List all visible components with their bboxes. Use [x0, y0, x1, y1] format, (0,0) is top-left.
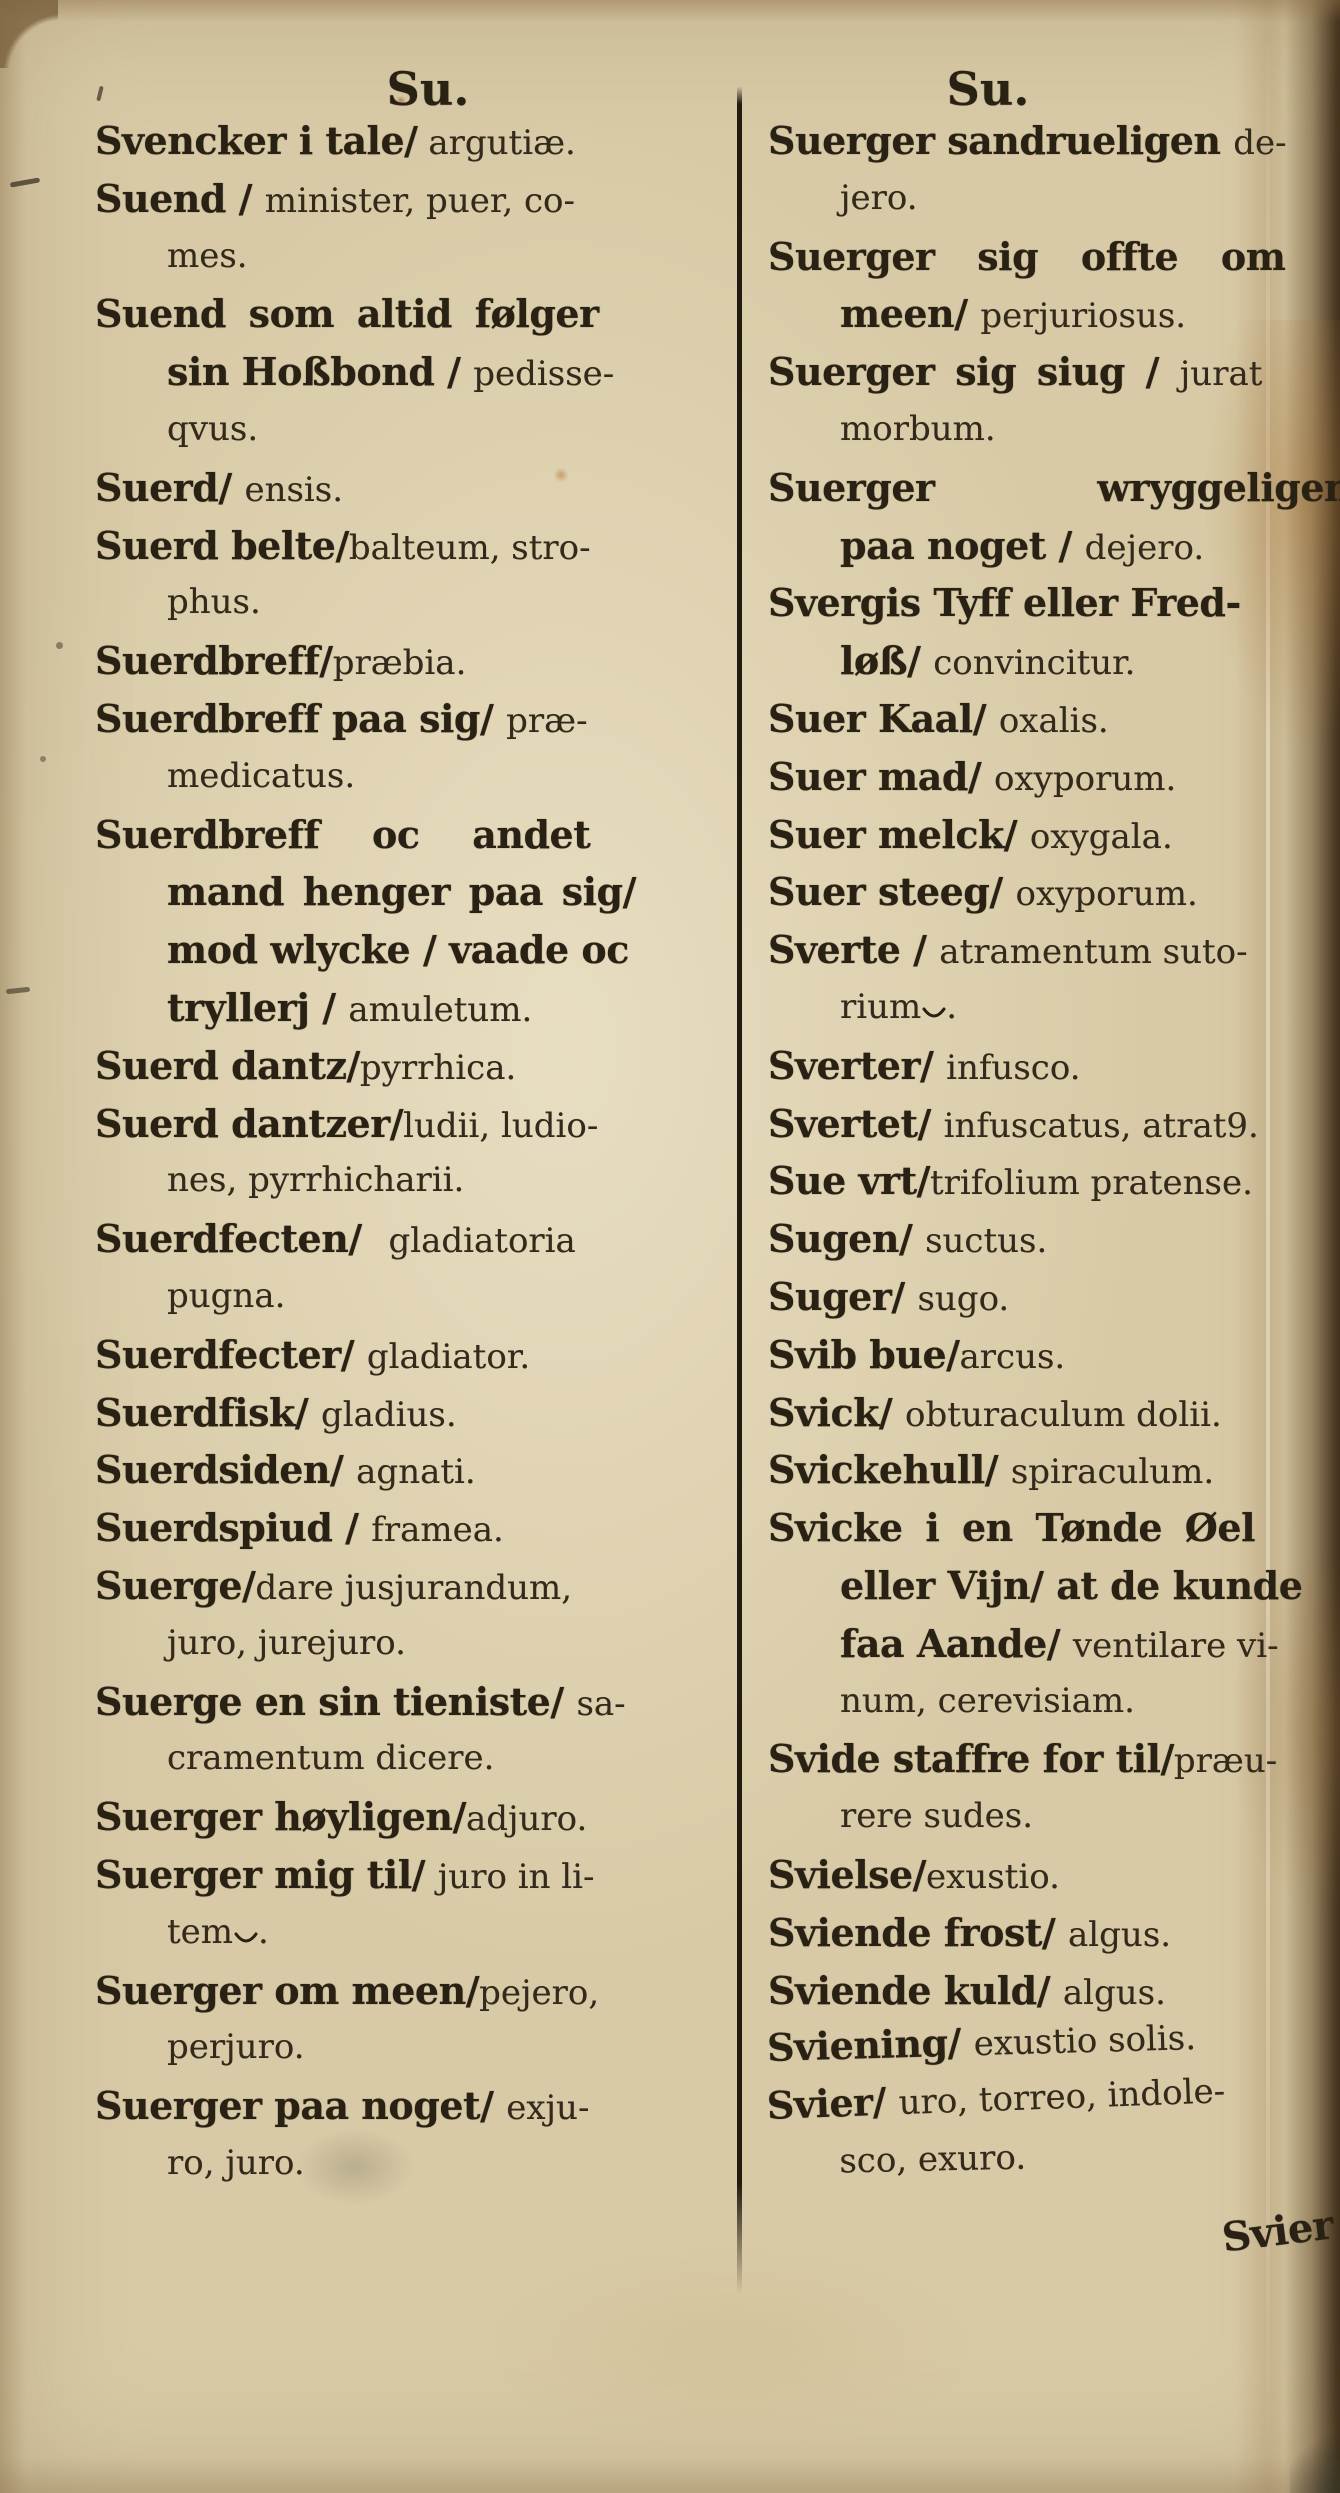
latin-gloss: jero.: [840, 178, 918, 218]
danish-term: Sugen/: [768, 1216, 925, 1261]
stain: [470, 2240, 990, 2450]
swash-flourish: [922, 1007, 946, 1021]
latin-gloss: perjuro.: [167, 2027, 305, 2067]
dictionary-line: Suerd belte/balteum, stro-: [95, 517, 670, 575]
danish-term: Suer steeg/: [768, 869, 1015, 914]
dictionary-line: cramentum dicere.: [95, 1730, 670, 1788]
dictionary-line: Svergis Tyff eller Fred-: [768, 574, 1340, 632]
dictionary-line: jero.: [768, 170, 1340, 228]
danish-term: Svickehull/: [768, 1447, 1011, 1492]
danish-term: Suerger wryggeligen: [768, 465, 1340, 510]
danish-term: Suerdfecten/: [95, 1216, 388, 1261]
dictionary-line: Suerd dantzer/ludii, ludio-: [95, 1095, 670, 1153]
latin-gloss: rium: [840, 987, 921, 1027]
dictionary-line: Sugen/ suctus.: [768, 1210, 1340, 1268]
dictionary-line: Suer steeg/ oxyporum.: [768, 863, 1340, 921]
danish-term: Suerger sig offte om: [768, 234, 1285, 279]
dictionary-line: medicatus.: [95, 748, 670, 806]
danish-term: Svencker i tale/: [95, 118, 418, 163]
dictionary-line: Suerger mig til/ juro in li-: [95, 1846, 670, 1904]
latin-gloss: pejero,: [479, 1973, 599, 2013]
dictionary-line: qvus.: [95, 401, 670, 459]
latin-gloss: pedisse-: [473, 354, 614, 394]
dictionary-line: Suerdsiden/ agnati.: [95, 1441, 670, 1499]
latin-gloss: .: [258, 1912, 269, 1952]
dictionary-line: Sverte / atramentum suto-: [768, 921, 1340, 979]
latin-gloss: uro, torreo, indole-: [898, 2071, 1226, 2123]
latin-gloss: medicatus.: [167, 756, 355, 796]
danish-term: Suerd dantz/: [95, 1043, 360, 1088]
danish-term: Sviening/: [767, 2020, 975, 2071]
dictionary-line: Suerger paa noget/ exju-: [95, 2077, 670, 2135]
danish-term: Sverter/: [768, 1043, 946, 1088]
danish-term: paa noget /: [840, 523, 1085, 568]
latin-gloss: algus.: [1063, 1973, 1166, 2013]
dictionary-line: morbum.: [768, 401, 1340, 459]
dictionary-line: Svertet/ infuscatus, atrat9.: [768, 1095, 1340, 1153]
latin-gloss: tem: [167, 1912, 233, 1952]
danish-term: Suerge en sin tieniste/: [95, 1679, 576, 1724]
latin-gloss: suctus.: [925, 1221, 1047, 1261]
dictionary-line: Suerdbreff paa sig/ præ-: [95, 690, 670, 748]
dictionary-line: Suer mad/ oxyporum.: [768, 748, 1340, 806]
danish-term: Suerdsiden/: [95, 1447, 356, 1492]
dictionary-line: Suerdbreff/præbia.: [95, 632, 670, 690]
danish-term: Svide staffre for til/: [768, 1736, 1174, 1781]
danish-term: Suerger om meen/: [95, 1968, 479, 2013]
danish-term: Sue vrt/: [768, 1158, 930, 1203]
danish-term: Sverte /: [768, 927, 939, 972]
dictionary-line: meen/ perjuriosus.: [768, 285, 1340, 343]
ink-mark: [6, 987, 30, 994]
latin-gloss: framea.: [371, 1510, 504, 1550]
dictionary-line: tem.: [95, 1904, 670, 1962]
latin-gloss: qvus.: [167, 409, 258, 449]
danish-term: Suerdbreff oc andet: [95, 812, 590, 857]
latin-gloss: sa-: [576, 1684, 625, 1724]
dictionary-line: mod wlycke / vaade oc: [95, 921, 670, 979]
dictionary-line: eller Vijn/ at de kunde: [768, 1557, 1340, 1615]
latin-gloss: nes, pyrrhicharii.: [167, 1160, 464, 1200]
dictionary-line: perjuro.: [95, 2019, 670, 2077]
dictionary-line: Suerger sig siug / jurat: [768, 343, 1340, 401]
dictionary-line: mes.: [95, 228, 670, 286]
danish-term: Suerd dantzer/: [95, 1101, 403, 1146]
latin-gloss: oxalis.: [999, 701, 1109, 741]
latin-gloss: cramentum dicere.: [167, 1738, 494, 1778]
dictionary-line: Svielse/exustio.: [768, 1846, 1340, 1904]
dictionary-line: Svib bue/arcus.: [768, 1326, 1340, 1384]
danish-term: løß/: [840, 638, 933, 683]
latin-gloss: convincitur.: [933, 643, 1135, 683]
danish-term: Svielse/: [768, 1852, 926, 1897]
dictionary-line: Sverter/ infusco.: [768, 1037, 1340, 1095]
dictionary-line: Suend / minister, puer, co-: [95, 170, 670, 228]
book-page: Su. Su. Svencker i tale/ argutiæ.Suend /…: [0, 0, 1340, 2493]
dictionary-line: sco, exuro.: [767, 2123, 1340, 2193]
ink-mark: [10, 177, 40, 187]
danish-term: Suerdfecter/: [95, 1332, 367, 1377]
danish-term: Suerdbreff paa sig/: [95, 696, 506, 741]
swash-flourish: [234, 1932, 258, 1946]
latin-gloss: oxyporum.: [1015, 874, 1197, 914]
danish-term: Suerd belte/: [95, 523, 349, 568]
danish-term: eller Vijn/ at de kunde: [840, 1563, 1302, 1608]
danish-term: Suerdspiud /: [95, 1505, 371, 1550]
danish-term: Suerger mig til/: [95, 1852, 438, 1897]
latin-gloss: agnati.: [356, 1452, 476, 1492]
catchword: Svier: [1220, 2201, 1336, 2261]
latin-gloss: ludii, ludio-: [403, 1106, 598, 1146]
latin-gloss: exustio.: [926, 1857, 1060, 1897]
danish-term: Suerger paa noget/: [95, 2083, 506, 2128]
dictionary-line: phus.: [95, 574, 670, 632]
danish-term: Svicke i en Tønde Øel: [768, 1505, 1255, 1550]
latin-gloss: sco, exuro.: [839, 2137, 1026, 2181]
danish-term: Suerdfisk/: [95, 1390, 321, 1435]
danish-term: Suerger høyligen/: [95, 1794, 466, 1839]
dictionary-line: nes, pyrrhicharii.: [95, 1152, 670, 1210]
danish-term: mod wlycke / vaade oc: [167, 927, 629, 972]
latin-gloss: morbum.: [840, 409, 996, 449]
dictionary-line: Suerdbreff oc andet: [95, 806, 670, 864]
danish-term: tryllerj /: [167, 985, 348, 1030]
danish-term: Svib bue/: [768, 1332, 960, 1377]
latin-gloss: balteum, stro-: [349, 528, 591, 568]
dictionary-line: Suerger høyligen/adjuro.: [95, 1788, 670, 1846]
danish-term: Suerd/: [95, 465, 244, 510]
dictionary-line: Suer Kaal/ oxalis.: [768, 690, 1340, 748]
dictionary-line: num, cerevisiam.: [768, 1673, 1340, 1731]
dictionary-line: ro, juro.: [95, 2135, 670, 2193]
latin-gloss: amuletum.: [348, 990, 532, 1030]
danish-term: Sviende frost/: [768, 1910, 1068, 1955]
dictionary-column-left: Svencker i tale/ argutiæ.Suend / ministe…: [95, 112, 670, 2193]
latin-gloss: præ-: [506, 701, 587, 741]
latin-gloss: rere sudes.: [840, 1796, 1033, 1836]
latin-gloss: gladiator.: [367, 1337, 530, 1377]
latin-gloss: num, cerevisiam.: [840, 1681, 1135, 1721]
dictionary-line: sin Hoßbond / pedisse-: [95, 343, 670, 401]
latin-gloss: perjuriosus.: [980, 296, 1186, 336]
dictionary-line: Suerge/dare jusjurandum,: [95, 1557, 670, 1615]
dictionary-line: Suerger om meen/pejero,: [95, 1962, 670, 2020]
column-header-left: Su.: [348, 62, 508, 116]
danish-term: Suerger sandrueligen: [768, 118, 1233, 163]
danish-term: Svergis Tyff eller Fred-: [768, 580, 1241, 625]
dictionary-line: mand henger paa sig/: [95, 863, 670, 921]
latin-gloss: dejero.: [1085, 528, 1204, 568]
latin-gloss: dare jusjurandum,: [255, 1568, 572, 1608]
binding-shadow: [1290, 2420, 1340, 2493]
dictionary-line: Suerger sig offte om: [768, 228, 1340, 286]
latin-gloss: phus.: [167, 582, 261, 622]
latin-gloss: de-: [1233, 123, 1286, 163]
dictionary-line: Suerdfisk/ gladius.: [95, 1384, 670, 1442]
dictionary-column-right: Suerger sandrueligen de-jero.Suerger sig…: [768, 112, 1340, 2193]
ink-mark: [40, 756, 46, 762]
dictionary-line: Svicke i en Tønde Øel: [768, 1499, 1340, 1557]
dictionary-line: Suerd/ ensis.: [95, 459, 670, 517]
latin-gloss: præu-: [1174, 1741, 1277, 1781]
dictionary-line: faa Aande/ ventilare vi-: [768, 1615, 1340, 1673]
latin-gloss: adjuro.: [466, 1799, 587, 1839]
latin-gloss: ventilare vi-: [1073, 1626, 1279, 1666]
dictionary-line: Suerdspiud / framea.: [95, 1499, 670, 1557]
latin-gloss: spiraculum.: [1011, 1452, 1214, 1492]
latin-gloss: obturaculum dolii.: [905, 1395, 1222, 1435]
dictionary-line: Sviende frost/ algus.: [768, 1904, 1340, 1962]
dictionary-line: Svencker i tale/ argutiæ.: [95, 112, 670, 170]
danish-term: Suerdbreff/: [95, 638, 333, 683]
danish-term: mand henger paa sig/: [167, 869, 636, 914]
latin-gloss: pyrrhica.: [360, 1048, 516, 1088]
danish-term: Suend /: [95, 176, 265, 221]
latin-gloss: jurat: [1180, 354, 1263, 394]
danish-term: Suer mad/: [768, 754, 994, 799]
column-header-right: Su.: [908, 62, 1068, 116]
danish-term: Suerger sig siug /: [768, 349, 1180, 394]
danish-term: Suer melck/: [768, 812, 1030, 857]
latin-gloss: infuscatus, atrat9.: [944, 1106, 1259, 1146]
latin-gloss: arcus.: [960, 1337, 1066, 1377]
dictionary-line: Svickehull/ spiraculum.: [768, 1441, 1340, 1499]
danish-term: faa Aande/: [840, 1621, 1073, 1666]
dictionary-line: Suerger sandrueligen de-: [768, 112, 1340, 170]
latin-gloss: præbia.: [333, 643, 467, 683]
dictionary-line: rere sudes.: [768, 1788, 1340, 1846]
latin-gloss: oxygala.: [1030, 817, 1173, 857]
dictionary-line: Suerdfecter/ gladiator.: [95, 1326, 670, 1384]
latin-gloss: algus.: [1068, 1915, 1171, 1955]
danish-term: Svertet/: [768, 1101, 944, 1146]
latin-gloss: argutiæ.: [418, 123, 576, 163]
latin-gloss: gladius.: [321, 1395, 457, 1435]
latin-gloss: minister, puer, co-: [265, 181, 575, 221]
column-divider-rule: [737, 86, 742, 2294]
dictionary-line: Suerge en sin tieniste/ sa-: [95, 1673, 670, 1731]
latin-gloss: oxyporum.: [994, 759, 1176, 799]
dictionary-line: tryllerj / amuletum.: [95, 979, 670, 1037]
dictionary-line: Suerdfecten/ gladiatoria: [95, 1210, 670, 1268]
latin-gloss: mes.: [167, 236, 248, 276]
dictionary-line: Sue vrt/trifolium pratense.: [768, 1152, 1340, 1210]
latin-gloss: ro, juro.: [167, 2143, 305, 2183]
danish-term: Svier/: [766, 2078, 899, 2128]
latin-gloss: trifolium pratense.: [930, 1163, 1253, 1203]
danish-term: sin Hoßbond /: [167, 349, 473, 394]
danish-term: Suerge/: [95, 1563, 255, 1608]
latin-gloss: atramentum suto-: [939, 932, 1247, 972]
latin-gloss: juro, jurejuro.: [167, 1623, 406, 1663]
latin-gloss: exju-: [506, 2088, 589, 2128]
page-corner-shadow: [0, 0, 58, 68]
ink-mark: [56, 642, 63, 649]
dictionary-line: rium.: [768, 979, 1340, 1037]
danish-term: Suger/: [768, 1274, 917, 1319]
dictionary-line: juro, jurejuro.: [95, 1615, 670, 1673]
latin-gloss: pugna.: [167, 1276, 285, 1316]
dictionary-line: Svick/ obturaculum dolii.: [768, 1384, 1340, 1442]
dictionary-line: Suend som altid følger: [95, 285, 670, 343]
danish-term: Svick/: [768, 1390, 905, 1435]
dictionary-line: Suerd dantz/pyrrhica.: [95, 1037, 670, 1095]
dictionary-line: løß/ convincitur.: [768, 632, 1340, 690]
dictionary-line: paa noget / dejero.: [768, 517, 1340, 575]
latin-gloss: exustio solis.: [973, 2018, 1196, 2064]
latin-gloss: infusco.: [946, 1048, 1080, 1088]
latin-gloss: juro in li-: [438, 1857, 595, 1897]
danish-term: Suend som altid følger: [95, 291, 599, 336]
danish-term: meen/: [840, 291, 980, 336]
danish-term: Sviende kuld/: [768, 1968, 1063, 2013]
latin-gloss: gladiatoria: [388, 1221, 575, 1261]
latin-gloss: sugo.: [917, 1279, 1009, 1319]
dictionary-line: Svide staffre for til/præu-: [768, 1730, 1340, 1788]
dictionary-line: pugna.: [95, 1268, 670, 1326]
dictionary-line: Suer melck/ oxygala.: [768, 806, 1340, 864]
danish-term: Suer Kaal/: [768, 696, 999, 741]
ink-mark: [96, 86, 104, 102]
dictionary-line: Suerger wryggeligen: [768, 459, 1340, 517]
latin-gloss: .: [946, 987, 957, 1027]
dictionary-line: Suger/ sugo.: [768, 1268, 1340, 1326]
latin-gloss: ensis.: [244, 470, 343, 510]
